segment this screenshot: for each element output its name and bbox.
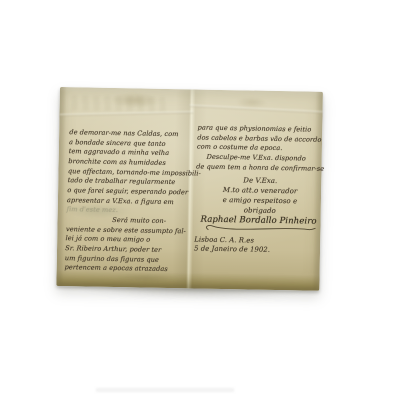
handwritten-line: pertencem a epocas atrazadas xyxy=(64,263,192,275)
closing-formula: De V.Exa.M.to att.o veneradore amigo res… xyxy=(204,176,317,218)
crease-line-left-page xyxy=(60,111,194,117)
date-line: 5 de Janeiro de 1902. xyxy=(194,244,270,254)
right-page-text: para que as physionomias e feitiodos cab… xyxy=(196,124,322,175)
place-and-date: Lisboa C. A. R.es 5 de Janeiro de 1902. xyxy=(194,235,270,254)
handwritten-line: de quem tem a honra de confirmar-se xyxy=(196,162,320,174)
stain xyxy=(236,96,268,109)
letter-sheet: de demorar-me nas Caldas, coma bondade s… xyxy=(56,87,323,291)
signature-block: Raphael Bordallo Pinheiro xyxy=(197,215,319,235)
photo-artifact-strip xyxy=(96,388,234,392)
left-page-text: de demorar-me nas Caldas, coma bondade s… xyxy=(64,128,197,275)
letter-photograph: de demorar-me nas Caldas, coma bondade s… xyxy=(0,0,400,400)
